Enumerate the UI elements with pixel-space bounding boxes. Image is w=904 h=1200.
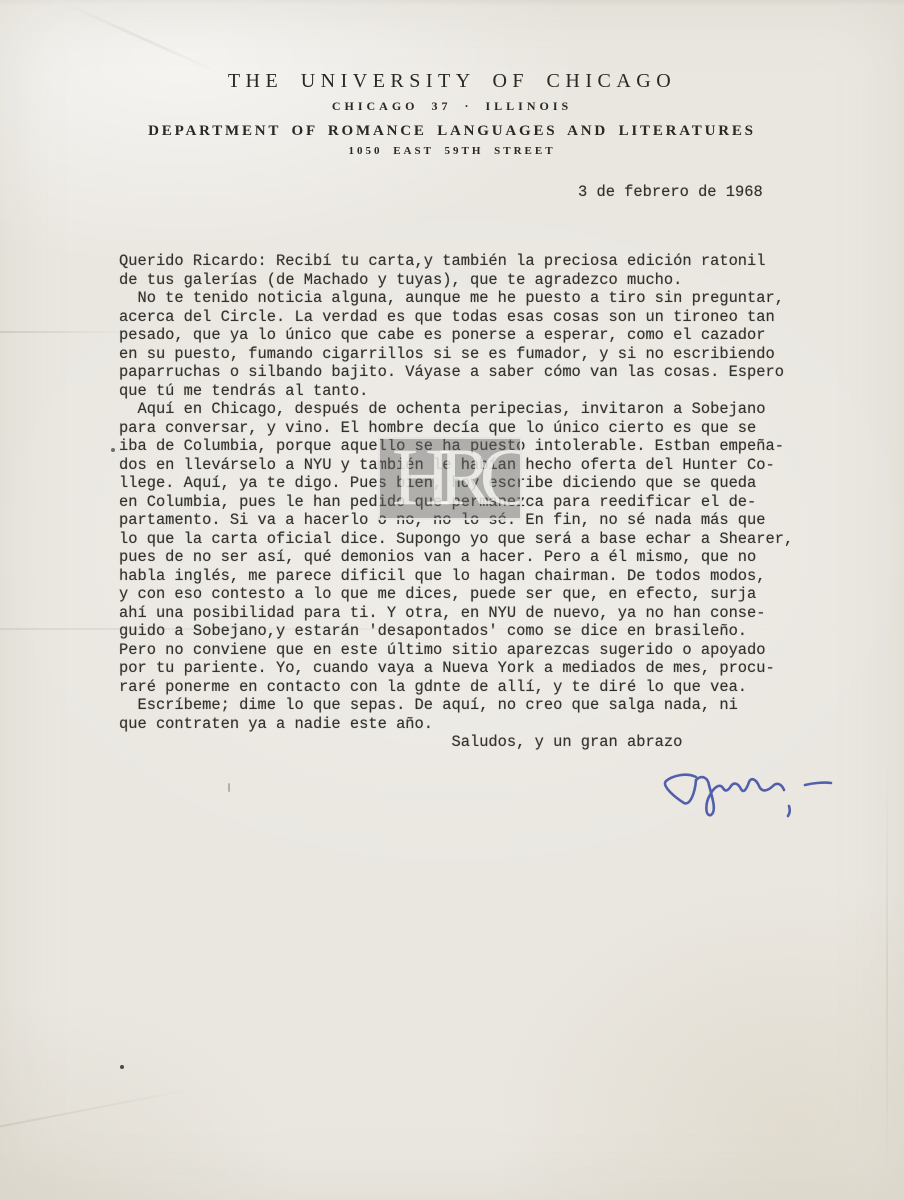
signature-strokes xyxy=(665,775,831,816)
faint-pen-mark xyxy=(228,783,230,792)
hrc-watermark-box: HRC xyxy=(378,437,522,520)
signature-handwriting xyxy=(628,753,843,825)
paper-crease-top-left xyxy=(0,0,219,74)
paper-crease-right xyxy=(886,760,888,1180)
letterhead-address: 1050 EAST 59TH STREET xyxy=(0,145,904,157)
letter-date: 3 de febrero de 1968 xyxy=(578,183,763,201)
ink-speck xyxy=(120,1065,124,1069)
scanned-letter-page: THE UNIVERSITY OF CHICAGO CHICAGO 37 · I… xyxy=(0,0,904,1200)
letterhead-city-line: CHICAGO 37 · ILLINOIS xyxy=(0,99,904,114)
letterhead-institution: THE UNIVERSITY OF CHICAGO xyxy=(0,70,904,93)
hrc-watermark-text: HRC xyxy=(392,437,521,517)
paper-crease-bottom-left xyxy=(0,1087,198,1131)
letterhead-department: DEPARTMENT OF ROMANCE LANGUAGES AND LITE… xyxy=(0,123,904,140)
stray-period-mark xyxy=(111,448,115,452)
